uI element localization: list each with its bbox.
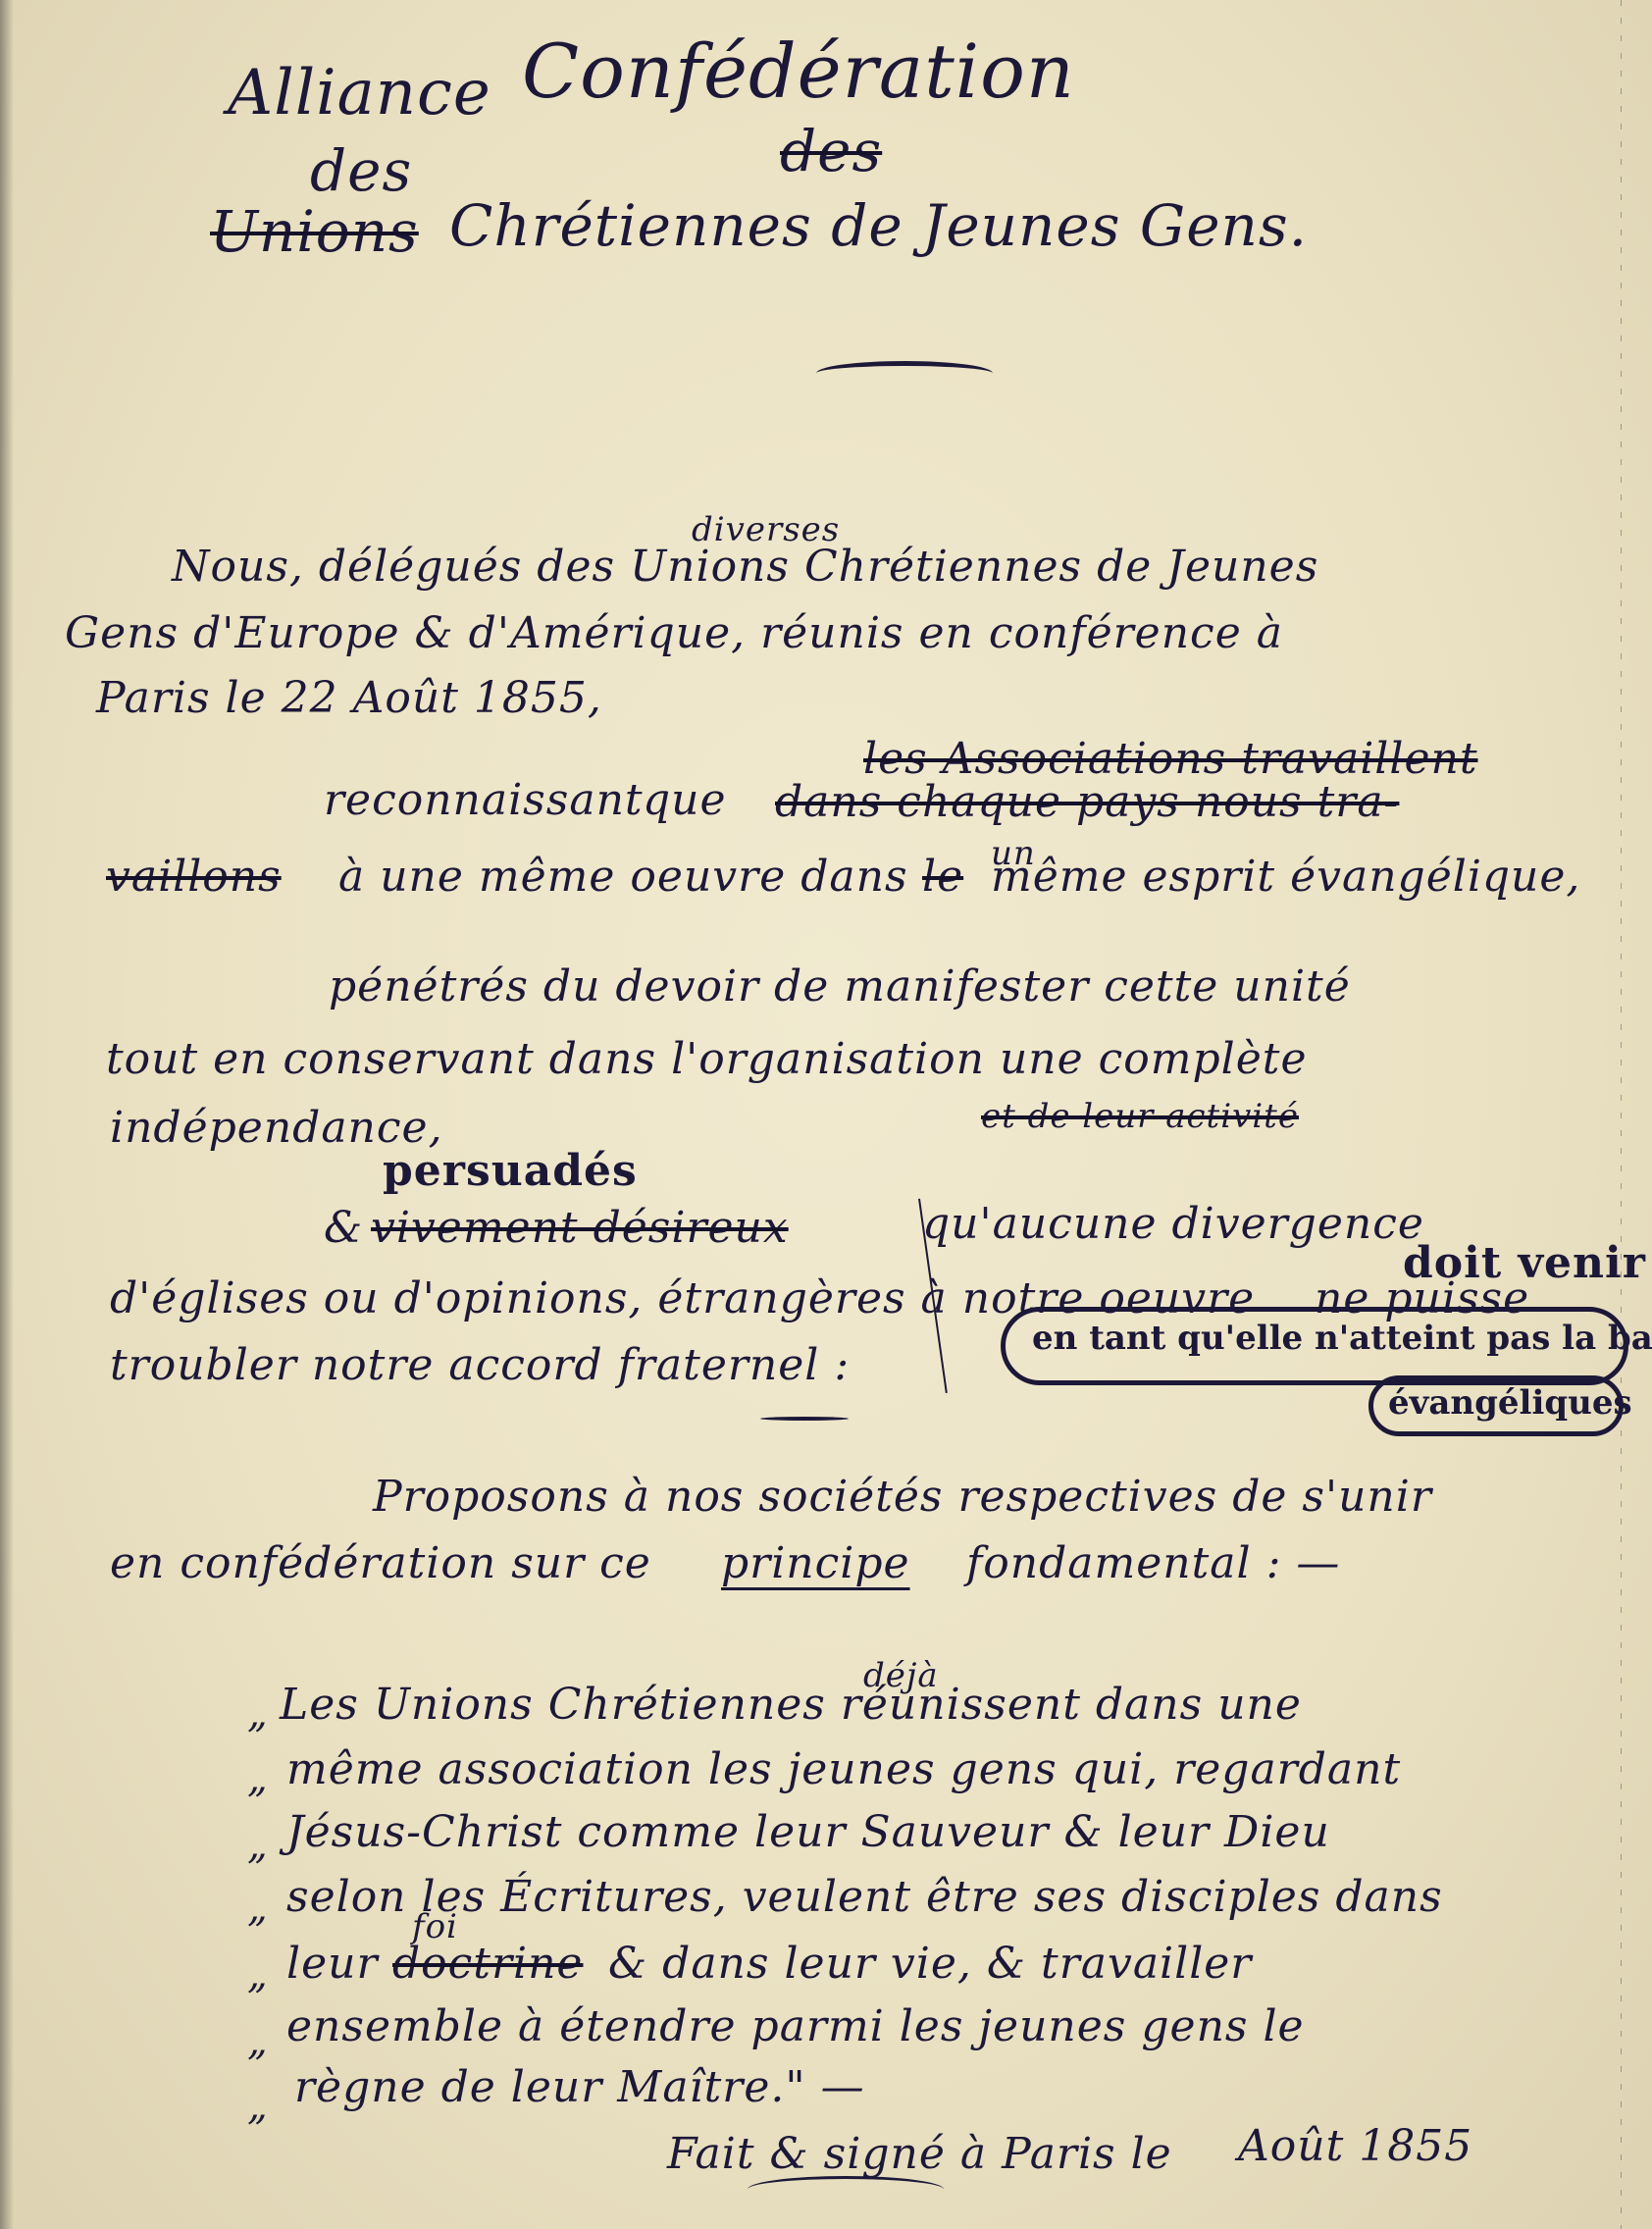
p4-struck-vivement-desireux: vivement désireux bbox=[371, 1203, 789, 1253]
p4-circled-note-line1: en tant qu'elle n'atteint pas la base bbox=[1032, 1319, 1652, 1358]
p4-insertion-doit-venir: doit venir bbox=[1403, 1238, 1646, 1288]
p4-line1-rest: qu'aucune divergence bbox=[922, 1199, 1424, 1249]
quote-mark-1: „ bbox=[247, 1691, 268, 1737]
p5-principe-underlined: principe bbox=[721, 1538, 910, 1588]
page-left-edge-shadow bbox=[0, 0, 14, 2229]
signature-line: Fait & signé à Paris le bbox=[667, 2129, 1172, 2179]
title-struck-des: des bbox=[780, 118, 882, 184]
quote-line-5-struck-doctrine: doctrine bbox=[392, 1939, 583, 1989]
p4-end-dash bbox=[760, 1417, 849, 1421]
p3-line2: tout en conservant dans l'organisation u… bbox=[106, 1034, 1308, 1084]
quote-mark-7: „ bbox=[247, 2084, 268, 2129]
p2-reconnaissant: reconnaissant bbox=[324, 775, 644, 825]
p1-line2: Gens d'Europe & d'Amérique, réunis en co… bbox=[65, 608, 1283, 658]
quote-line-2: même association les jeunes gens qui, re… bbox=[286, 1744, 1401, 1794]
title-divider-swash bbox=[816, 361, 993, 386]
quote-mark-4: „ bbox=[247, 1886, 268, 1931]
p4-line3: troubler notre accord fraternel : bbox=[110, 1340, 850, 1390]
p2-line2-end: même esprit évangélique, bbox=[991, 852, 1580, 902]
quote-mark-5: „ bbox=[247, 1952, 268, 1997]
title-main: Chrétiennes de Jeunes Gens. bbox=[449, 192, 1308, 259]
manuscript-page: Alliance Confédération des des Unions Ch… bbox=[0, 0, 1652, 2229]
p2-struck-dans-chaque-pays: dans chaque pays nous tra- bbox=[775, 777, 1399, 827]
signature-flourish bbox=[748, 2176, 944, 2203]
signature-date: Août 1855 bbox=[1238, 2121, 1472, 2171]
quote-mark-3: „ bbox=[247, 1823, 268, 1868]
quote-line-4: selon les Écritures, veulent être ses di… bbox=[286, 1872, 1443, 1922]
p2-struck-vaillons: vaillons bbox=[106, 852, 282, 902]
title-struck-unions: Unions bbox=[210, 198, 419, 265]
p3-line1: pénétrés du devoir de manifester cette u… bbox=[329, 961, 1351, 1011]
quote-line-3: Jésus-Christ comme leur Sauveur & leur D… bbox=[286, 1807, 1330, 1857]
title-insert-alliance: Alliance bbox=[228, 57, 491, 130]
title-confederation: Confédération bbox=[522, 27, 1075, 115]
p4-ampersand: & bbox=[324, 1203, 363, 1253]
p1-line1: Nous, délégués des Unions Chrétiennes de… bbox=[172, 542, 1318, 592]
p2-que: que bbox=[643, 775, 727, 825]
p4-insertion-persuades: persuadés bbox=[383, 1146, 638, 1196]
p5-line2-b: fondamental : — bbox=[966, 1538, 1340, 1588]
quote-mark-2: „ bbox=[247, 1756, 268, 1801]
quote-line-1: Les Unions Chrétiennes réunissent dans u… bbox=[280, 1680, 1302, 1730]
p3-struck-insertion: et de leur activité bbox=[981, 1097, 1299, 1136]
quote-line-5-prefix: leur bbox=[286, 1939, 378, 1989]
page-right-margin-line bbox=[1621, 0, 1622, 2229]
p5-line1: Proposons à nos sociétés respectives de … bbox=[373, 1472, 1432, 1522]
p2-line2-rest: à une même oeuvre dans bbox=[338, 852, 908, 902]
quote-mark-6: „ bbox=[247, 2019, 268, 2064]
quote-line-5-rest: & dans leur vie, & travailler bbox=[608, 1939, 1252, 1989]
p2-struck-le: le bbox=[922, 852, 963, 902]
quote-line-6: ensemble à étendre parmi les jeunes gens… bbox=[286, 2001, 1305, 2051]
quote-line-7: règne de leur Maître." — bbox=[294, 2062, 865, 2112]
p5-line2-a: en confédération sur ce bbox=[110, 1538, 651, 1588]
p4-circled-note-line2: évangéliques bbox=[1388, 1383, 1632, 1423]
p1-line3: Paris le 22 Août 1855, bbox=[96, 673, 602, 723]
title-insert-des: des bbox=[310, 137, 412, 204]
